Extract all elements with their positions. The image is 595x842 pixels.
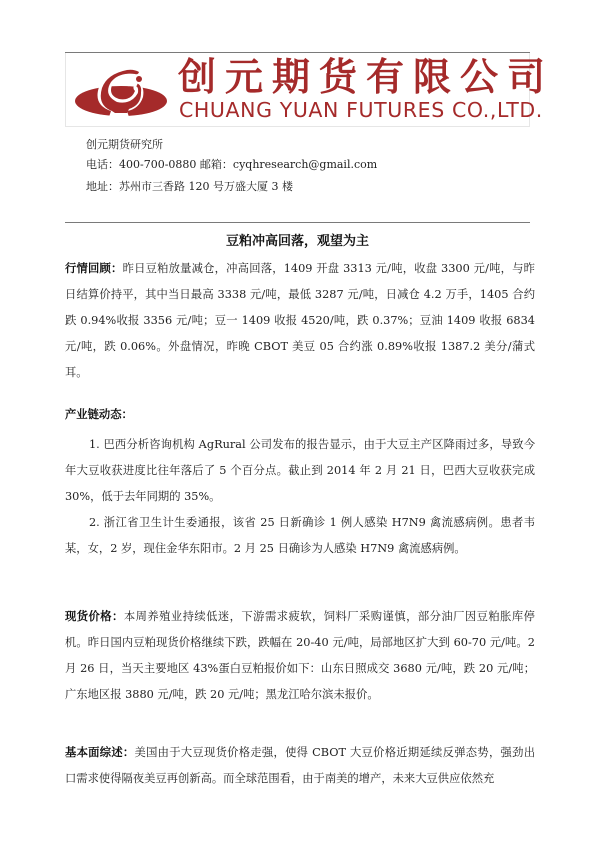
institute-name: 创元期货研究所 (86, 138, 163, 152)
spot-price-paragraph: 现货价格：本周养殖业持续低迷，下游需求疲软，饲料厂采购谨慎，部分油厂因豆粕胀库停… (65, 604, 535, 708)
logo-english-name: CHUANG YUAN FUTURES CO.,LTD. (179, 98, 543, 122)
fundamentals-text: 美国由于大豆现货价格走强，使得 CBOT 大豆价格近期延续反弹态势，强劲出口需求… (65, 746, 535, 785)
contact-phone-email: 电话：400-700-0880 邮箱：cyqhresearch@gmail.co… (86, 158, 377, 172)
fundamentals-paragraph: 基本面综述：美国由于大豆现货价格走强，使得 CBOT 大豆价格近期延续反弹态势，… (65, 740, 535, 792)
header-bottom-rule (65, 222, 530, 223)
company-logo-icon (71, 55, 171, 123)
industry-chain-item-1: 1. 巴西分析咨询机构 AgRural 公司发布的报告显示，由于大豆主产区降雨过… (65, 432, 535, 510)
contact-address: 地址：苏州市三香路 120 号万盛大厦 3 楼 (86, 180, 293, 194)
company-logo: 创元期货有限公司 CHUANG YUAN FUTURES CO.,LTD. (65, 53, 530, 127)
document-title: 豆粕冲高回落，观望为主 (0, 234, 595, 250)
industry-chain-item-2: 2. 浙江省卫生计生委通报，该省 25 日新确诊 1 例人感染 H7N9 禽流感… (65, 510, 535, 562)
logo-chinese-name: 创元期货有限公司 (178, 55, 554, 99)
market-review-paragraph: 行情回顾：昨日豆粕放量减仓，冲高回落，1409 开盘 3313 元/吨，收盘 3… (65, 256, 535, 386)
market-review-text: 昨日豆粕放量减仓，冲高回落，1409 开盘 3313 元/吨，收盘 3300 元… (65, 262, 535, 379)
market-review-label: 行情回顾： (65, 262, 123, 275)
fundamentals-label: 基本面综述： (65, 746, 135, 759)
spot-price-label: 现货价格： (65, 610, 124, 623)
industry-chain-heading: 产业链动态： (65, 408, 133, 422)
spot-price-text: 本周养殖业持续低迷，下游需求疲软，饲料厂采购谨慎，部分油厂因豆粕胀库停机。昨日国… (65, 610, 535, 701)
